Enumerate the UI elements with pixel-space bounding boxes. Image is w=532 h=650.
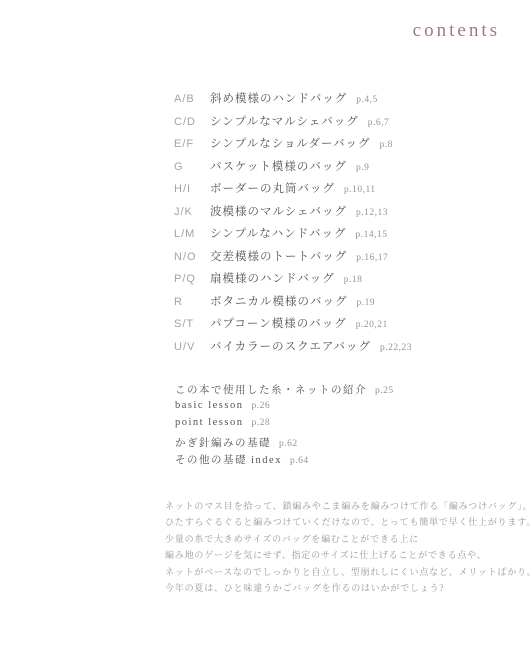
toc-item-title: シンプルなハンドバッグ — [210, 225, 347, 241]
toc-item-page: p.12,13 — [356, 208, 388, 218]
toc-item-title: シンプルなショルダーバッグ — [210, 135, 371, 151]
toc-item-page: p.9 — [356, 163, 369, 173]
toc-item-page: p.4,5 — [356, 95, 378, 105]
toc-item-title: 斜め模様のハンドバッグ — [210, 90, 347, 106]
extras-item-title: この本で使用した糸・ネットの紹介 — [175, 382, 367, 397]
toc-item-page: p.6,7 — [368, 118, 390, 128]
toc-row: G バスケット模様のバッグ p.9 — [174, 158, 504, 173]
toc-item-page: p.16,17 — [356, 253, 388, 263]
toc-row: A/B 斜め模様のハンドバッグ p.4,5 — [174, 90, 504, 105]
toc-row: E/F シンプルなショルダーバッグ p.8 — [174, 135, 504, 150]
toc-row: U/V バイカラーのスクエアバッグ p.22,23 — [174, 338, 504, 353]
toc-item-title: 波模様のマルシェバッグ — [210, 203, 347, 219]
toc-item-label: G — [174, 161, 210, 173]
toc-row: N/O 交差模様のトートバッグ p.16,17 — [174, 248, 504, 263]
toc-item-title: ボタニカル模様のバッグ — [210, 293, 348, 309]
intro-line: 少量の糸で大きめサイズのバッグを編むことができる上に — [165, 531, 465, 547]
intro-paragraph: ネットのマス目を拾って、鎖編みやこま編みを編みつけて作る「編みつけバッグ」。 ひ… — [165, 498, 465, 596]
intro-line: ネットのマス目を拾って、鎖編みやこま編みを編みつけて作る「編みつけバッグ」。 — [165, 498, 465, 514]
intro-line: 編み地のゲージを気にせず、指定のサイズに仕上げることができる点や、 — [165, 547, 465, 563]
extras-item-title: point lesson — [175, 417, 243, 428]
toc-row: P/Q 扇模様のハンドバッグ p.18 — [174, 270, 504, 285]
extras-row: basic lesson p.26 — [175, 400, 505, 412]
toc-item-label: E/F — [174, 138, 210, 150]
toc-row: R ボタニカル模様のバッグ p.19 — [174, 293, 504, 308]
toc-item-page: p.8 — [380, 140, 393, 150]
intro-line: 今年の夏は、ひと味違うかごバッグを作るのはいかがでしょう? — [165, 580, 465, 596]
toc-item-label: C/D — [174, 116, 210, 128]
intro-line: ネットがベースなのでしっかりと自立し、型崩れしにくい点など、メリットばかり。 — [165, 564, 465, 580]
extras-row: かぎ針編みの基礎 p.62 — [175, 435, 505, 447]
extras-item-page: p.25 — [375, 386, 394, 396]
toc-row: H/I ボーダーの丸筒バッグ p.10,11 — [174, 180, 504, 195]
extras-item-title: その他の基礎 index — [175, 452, 282, 467]
toc-item-label: N/O — [174, 251, 210, 263]
toc-item-page: p.18 — [344, 275, 363, 285]
toc-item-title: 扇模様のハンドバッグ — [210, 270, 335, 286]
extras-item-page: p.28 — [251, 418, 270, 428]
toc-item-title: 交差模様のトートバッグ — [210, 248, 347, 264]
toc-item-page: p.19 — [357, 298, 376, 308]
toc-item-label: L/M — [174, 228, 210, 240]
toc-item-page: p.22,23 — [380, 343, 412, 353]
toc-row: L/M シンプルなハンドバッグ p.14,15 — [174, 225, 504, 240]
intro-line: ひたすらぐるぐると編みつけていくだけなので、とっても簡単で早く仕上がります。 — [165, 514, 465, 530]
toc-item-label: J/K — [174, 206, 210, 218]
book-contents-page: contents A/B 斜め模様のハンドバッグ p.4,5 C/D シンプルな… — [0, 0, 532, 650]
toc-item-label: A/B — [174, 93, 210, 105]
toc-item-title: シンプルなマルシェバッグ — [210, 113, 359, 129]
extras-item-title: basic lesson — [175, 400, 243, 411]
toc-item-title: ボーダーの丸筒バッグ — [210, 180, 335, 196]
extras-row: その他の基礎 index p.64 — [175, 452, 505, 464]
toc-item-title: バイカラーのスクエアバッグ — [210, 338, 371, 354]
toc-item-page: p.10,11 — [344, 185, 376, 195]
extras-item-page: p.26 — [251, 401, 270, 411]
toc-row: C/D シンプルなマルシェバッグ p.6,7 — [174, 113, 504, 128]
extras-item-page: p.64 — [290, 456, 309, 466]
toc-item-label: U/V — [174, 341, 210, 353]
toc-item-label: S/T — [174, 318, 210, 330]
extras-row: point lesson p.28 — [175, 417, 505, 429]
toc-item-title: パプコーン模様のバッグ — [210, 315, 347, 331]
toc-row: S/T パプコーン模様のバッグ p.20,21 — [174, 315, 504, 330]
extras-list: この本で使用した糸・ネットの紹介 p.25 basic lesson p.26 … — [175, 382, 505, 470]
toc-item-page: p.14,15 — [356, 230, 388, 240]
toc-item-title: バスケット模様のバッグ — [210, 158, 347, 174]
toc-item-label: R — [174, 296, 210, 308]
extras-item-page: p.62 — [279, 439, 298, 449]
toc-row: J/K 波模様のマルシェバッグ p.12,13 — [174, 203, 504, 218]
toc-item-page: p.20,21 — [356, 320, 388, 330]
toc-item-label: P/Q — [174, 273, 210, 285]
page-title: contents — [413, 20, 500, 42]
toc-item-label: H/I — [174, 183, 210, 195]
extras-row: この本で使用した糸・ネットの紹介 p.25 — [175, 382, 505, 394]
extras-item-title: かぎ針編みの基礎 — [175, 435, 271, 450]
table-of-contents: A/B 斜め模様のハンドバッグ p.4,5 C/D シンプルなマルシェバッグ p… — [174, 90, 504, 360]
